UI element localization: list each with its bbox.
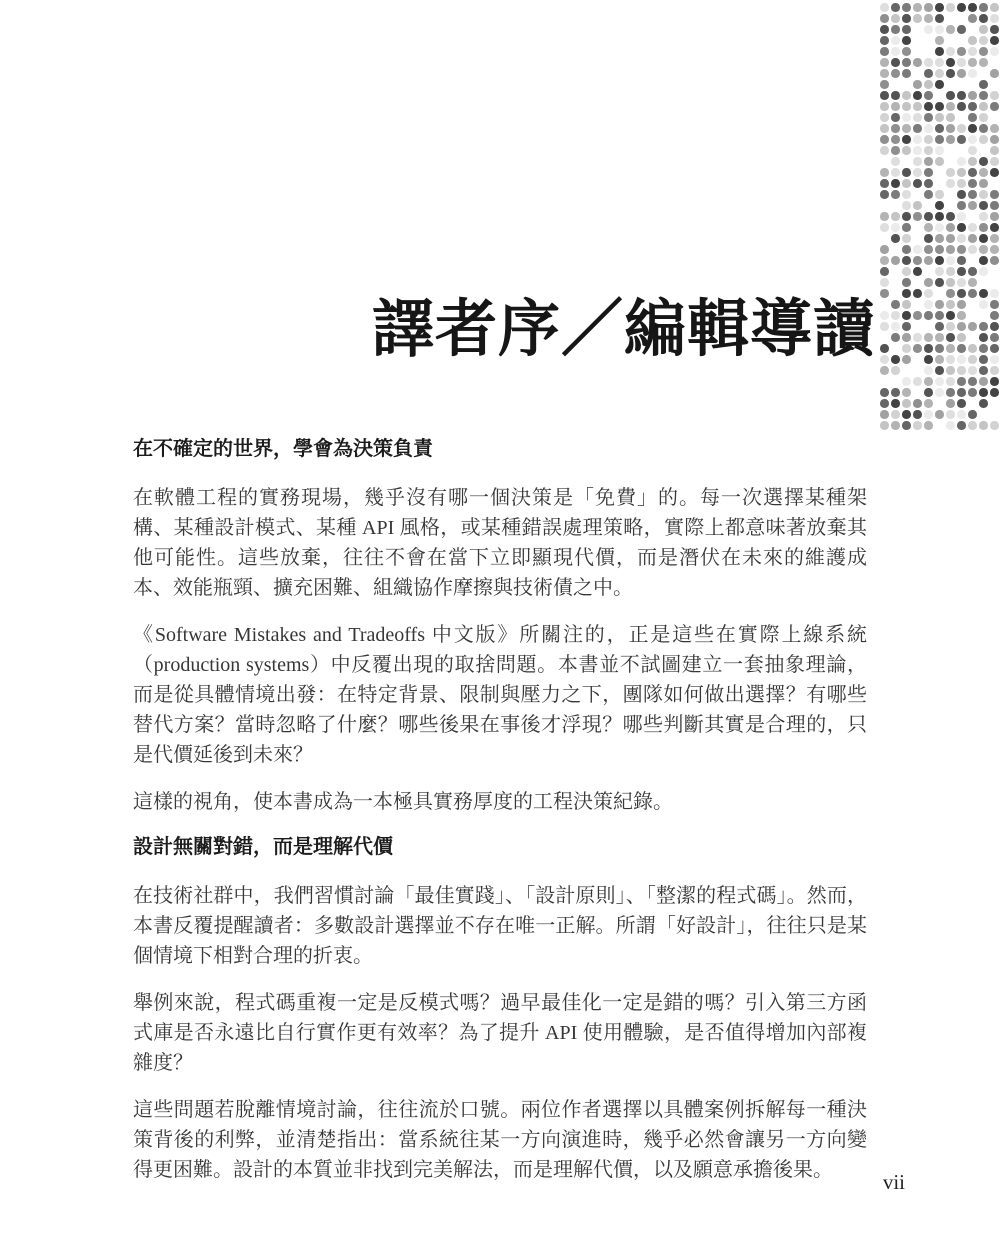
pattern-dot bbox=[968, 234, 977, 243]
pattern-dot bbox=[990, 3, 999, 12]
pattern-dot bbox=[924, 377, 933, 386]
pattern-dot bbox=[957, 366, 966, 375]
pattern-dot bbox=[957, 344, 966, 353]
pattern-dot bbox=[990, 344, 999, 353]
pattern-dot bbox=[880, 36, 889, 45]
pattern-dot bbox=[902, 91, 911, 100]
pattern-dot bbox=[979, 3, 988, 12]
pattern-dot bbox=[990, 190, 999, 199]
pattern-dot bbox=[902, 190, 911, 199]
pattern-dot bbox=[913, 344, 922, 353]
pattern-dot bbox=[924, 355, 933, 364]
pattern-dot bbox=[902, 146, 911, 155]
pattern-dot bbox=[968, 14, 977, 23]
pattern-dot bbox=[946, 212, 955, 221]
pattern-dot bbox=[946, 245, 955, 254]
pattern-dot bbox=[902, 355, 911, 364]
pattern-dot bbox=[968, 410, 977, 419]
pattern-dot bbox=[880, 256, 889, 265]
pattern-dot bbox=[957, 322, 966, 331]
pattern-dot bbox=[924, 289, 933, 298]
pattern-dot bbox=[913, 377, 922, 386]
pattern-dot bbox=[924, 421, 933, 430]
pattern-dot bbox=[902, 223, 911, 232]
pattern-dot bbox=[913, 399, 922, 408]
pattern-dot bbox=[979, 135, 988, 144]
pattern-dot bbox=[935, 388, 944, 397]
pattern-dot bbox=[880, 25, 889, 34]
pattern-dot bbox=[924, 146, 933, 155]
pattern-dot bbox=[957, 278, 966, 287]
pattern-dot bbox=[880, 91, 889, 100]
page-body: 在不確定的世界，學會為決策負責 在軟體工程的實務現場，幾乎沒有哪一個決策是「免費… bbox=[133, 436, 867, 1202]
pattern-dot bbox=[935, 201, 944, 210]
pattern-dot bbox=[924, 344, 933, 353]
pattern-dot bbox=[935, 3, 944, 12]
pattern-dot bbox=[935, 36, 944, 45]
pattern-dot bbox=[935, 212, 944, 221]
pattern-dot bbox=[913, 212, 922, 221]
pattern-dot bbox=[924, 179, 933, 188]
pattern-dot bbox=[968, 179, 977, 188]
pattern-dot bbox=[891, 355, 900, 364]
pattern-dot bbox=[902, 113, 911, 122]
pattern-dot bbox=[924, 245, 933, 254]
pattern-dot bbox=[880, 179, 889, 188]
pattern-dot bbox=[924, 14, 933, 23]
pattern-dot bbox=[990, 256, 999, 265]
pattern-dot bbox=[935, 245, 944, 254]
pattern-dot bbox=[990, 157, 999, 166]
paragraph: 在軟體工程的實務現場，幾乎沒有哪一個決策是「免費」的。每一次選擇某種架構、某種設… bbox=[133, 483, 867, 603]
pattern-dot bbox=[957, 102, 966, 111]
pattern-dot bbox=[902, 311, 911, 320]
pattern-dot bbox=[935, 58, 944, 67]
pattern-dot bbox=[979, 36, 988, 45]
pattern-dot bbox=[902, 3, 911, 12]
pattern-dot bbox=[957, 421, 966, 430]
pattern-dot bbox=[979, 421, 988, 430]
pattern-dot bbox=[979, 91, 988, 100]
pattern-dot bbox=[935, 124, 944, 133]
pattern-dot bbox=[946, 256, 955, 265]
book-page: 譯者序／編輯導讀 在不確定的世界，學會為決策負責 在軟體工程的實務現場，幾乎沒有… bbox=[0, 0, 1000, 1244]
pattern-dot bbox=[957, 212, 966, 221]
pattern-dot bbox=[902, 399, 911, 408]
pattern-dot bbox=[979, 157, 988, 166]
pattern-dot bbox=[891, 91, 900, 100]
pattern-dot bbox=[913, 157, 922, 166]
pattern-dot bbox=[924, 223, 933, 232]
pattern-dot bbox=[913, 289, 922, 298]
pattern-dot bbox=[924, 113, 933, 122]
pattern-dot bbox=[924, 102, 933, 111]
pattern-dot bbox=[979, 377, 988, 386]
pattern-dot bbox=[935, 377, 944, 386]
pattern-dot bbox=[968, 421, 977, 430]
pattern-dot bbox=[924, 212, 933, 221]
pattern-dot bbox=[968, 168, 977, 177]
pattern-dot bbox=[891, 157, 900, 166]
pattern-dot bbox=[913, 168, 922, 177]
pattern-dot bbox=[935, 234, 944, 243]
pattern-dot bbox=[880, 421, 889, 430]
pattern-dot bbox=[902, 102, 911, 111]
pattern-dot bbox=[957, 91, 966, 100]
pattern-dot bbox=[990, 245, 999, 254]
page-title: 譯者序／編輯導讀 bbox=[372, 293, 876, 367]
pattern-dot bbox=[891, 69, 900, 78]
pattern-dot bbox=[968, 223, 977, 232]
paragraph: 《Software Mistakes and Tradeoffs 中文版》所關注… bbox=[133, 620, 867, 770]
pattern-dot bbox=[891, 366, 900, 375]
pattern-dot bbox=[946, 333, 955, 342]
pattern-dot bbox=[979, 212, 988, 221]
pattern-dot bbox=[924, 91, 933, 100]
pattern-dot bbox=[990, 146, 999, 155]
pattern-dot bbox=[935, 366, 944, 375]
pattern-dot bbox=[968, 91, 977, 100]
pattern-dot bbox=[880, 69, 889, 78]
pattern-dot bbox=[946, 399, 955, 408]
pattern-dot bbox=[990, 388, 999, 397]
pattern-dot bbox=[979, 344, 988, 353]
paragraph: 在技術社群中，我們習慣討論「最佳實踐」、「設計原則」、「整潔的程式碼」。然而，本… bbox=[133, 881, 867, 971]
pattern-dot bbox=[957, 25, 966, 34]
pattern-dot bbox=[979, 168, 988, 177]
pattern-dot bbox=[990, 102, 999, 111]
pattern-dot bbox=[880, 245, 889, 254]
pattern-dot bbox=[946, 168, 955, 177]
pattern-dot bbox=[913, 113, 922, 122]
pattern-dot bbox=[935, 322, 944, 331]
pattern-dot bbox=[979, 58, 988, 67]
pattern-dot bbox=[968, 157, 977, 166]
pattern-dot bbox=[935, 113, 944, 122]
pattern-dot bbox=[946, 355, 955, 364]
pattern-dot bbox=[924, 388, 933, 397]
pattern-dot bbox=[913, 102, 922, 111]
pattern-dot bbox=[891, 322, 900, 331]
pattern-dot bbox=[957, 157, 966, 166]
pattern-dot bbox=[979, 124, 988, 133]
pattern-dot bbox=[990, 201, 999, 210]
pattern-dot bbox=[990, 289, 999, 298]
pattern-dot bbox=[957, 223, 966, 232]
pattern-dot bbox=[913, 311, 922, 320]
pattern-dot bbox=[946, 421, 955, 430]
pattern-dot bbox=[891, 102, 900, 111]
pattern-dot bbox=[902, 69, 911, 78]
pattern-dot bbox=[968, 102, 977, 111]
pattern-dot bbox=[902, 234, 911, 243]
pattern-dot bbox=[968, 289, 977, 298]
pattern-dot bbox=[935, 47, 944, 56]
pattern-dot bbox=[902, 25, 911, 34]
pattern-dot bbox=[957, 135, 966, 144]
pattern-dot bbox=[990, 47, 999, 56]
pattern-dot bbox=[891, 311, 900, 320]
pattern-dot bbox=[946, 113, 955, 122]
pattern-dot bbox=[968, 355, 977, 364]
pattern-dot bbox=[979, 234, 988, 243]
pattern-dot bbox=[990, 135, 999, 144]
pattern-dot bbox=[902, 322, 911, 331]
pattern-dot bbox=[924, 256, 933, 265]
pattern-dot bbox=[891, 25, 900, 34]
pattern-dot bbox=[924, 311, 933, 320]
pattern-dot bbox=[968, 47, 977, 56]
pattern-dot bbox=[935, 102, 944, 111]
pattern-dot bbox=[979, 388, 988, 397]
pattern-dot bbox=[935, 344, 944, 353]
pattern-dot bbox=[913, 245, 922, 254]
pattern-dot bbox=[935, 14, 944, 23]
pattern-dot bbox=[957, 267, 966, 276]
pattern-dot bbox=[891, 212, 900, 221]
pattern-dot bbox=[880, 322, 889, 331]
pattern-dot bbox=[946, 47, 955, 56]
pattern-dot bbox=[902, 201, 911, 210]
pattern-dot bbox=[957, 190, 966, 199]
pattern-dot bbox=[990, 91, 999, 100]
pattern-dot bbox=[979, 245, 988, 254]
pattern-dot bbox=[946, 377, 955, 386]
pattern-dot bbox=[990, 355, 999, 364]
pattern-dot bbox=[880, 58, 889, 67]
pattern-dot bbox=[968, 69, 977, 78]
pattern-dot bbox=[935, 410, 944, 419]
pattern-dot bbox=[891, 135, 900, 144]
pattern-dot bbox=[946, 344, 955, 353]
pattern-dot bbox=[924, 168, 933, 177]
pattern-dot bbox=[979, 80, 988, 89]
pattern-dot bbox=[968, 135, 977, 144]
pattern-dot bbox=[880, 3, 889, 12]
pattern-dot bbox=[880, 146, 889, 155]
pattern-dot bbox=[957, 388, 966, 397]
pattern-dot bbox=[891, 113, 900, 122]
pattern-dot bbox=[880, 355, 889, 364]
pattern-dot bbox=[902, 47, 911, 56]
pattern-dot bbox=[979, 47, 988, 56]
pattern-dot bbox=[891, 388, 900, 397]
pattern-dot bbox=[946, 124, 955, 133]
pattern-dot bbox=[924, 366, 933, 375]
pattern-dot bbox=[990, 333, 999, 342]
pattern-dot bbox=[990, 69, 999, 78]
pattern-dot bbox=[924, 333, 933, 342]
pattern-dot bbox=[979, 322, 988, 331]
pattern-dot bbox=[935, 267, 944, 276]
pattern-dot bbox=[902, 14, 911, 23]
pattern-dot bbox=[935, 157, 944, 166]
pattern-dot bbox=[891, 14, 900, 23]
pattern-dot bbox=[968, 245, 977, 254]
pattern-dot bbox=[957, 311, 966, 320]
pattern-dot bbox=[891, 421, 900, 430]
pattern-dot bbox=[957, 234, 966, 243]
pattern-dot bbox=[913, 267, 922, 276]
pattern-dot bbox=[935, 25, 944, 34]
pattern-dot bbox=[968, 267, 977, 276]
pattern-dot bbox=[979, 102, 988, 111]
pattern-dot bbox=[891, 333, 900, 342]
pattern-dot bbox=[968, 3, 977, 12]
pattern-dot bbox=[902, 300, 911, 309]
pattern-dot bbox=[902, 410, 911, 419]
pattern-dot bbox=[990, 311, 999, 320]
pattern-dot bbox=[968, 366, 977, 375]
pattern-dot bbox=[880, 80, 889, 89]
pattern-dot bbox=[957, 168, 966, 177]
pattern-dot bbox=[968, 377, 977, 386]
pattern-dot bbox=[902, 421, 911, 430]
pattern-dot bbox=[935, 146, 944, 155]
pattern-dot bbox=[880, 399, 889, 408]
pattern-dot bbox=[880, 190, 889, 199]
paragraph: 舉例來說，程式碼重複一定是反模式嗎？過早最佳化一定是錯的嗎？引入第三方函式庫是否… bbox=[133, 988, 867, 1078]
section-heading: 在不確定的世界，學會為決策負責 bbox=[133, 436, 867, 462]
pattern-dot bbox=[968, 113, 977, 122]
pattern-dot bbox=[902, 256, 911, 265]
pattern-dot bbox=[880, 113, 889, 122]
pattern-dot bbox=[913, 410, 922, 419]
pattern-dot bbox=[990, 234, 999, 243]
pattern-dot bbox=[979, 113, 988, 122]
pattern-dot bbox=[880, 212, 889, 221]
pattern-dot bbox=[968, 322, 977, 331]
pattern-dot bbox=[902, 388, 911, 397]
pattern-dot bbox=[935, 355, 944, 364]
pattern-dot bbox=[990, 322, 999, 331]
pattern-dot bbox=[957, 201, 966, 210]
pattern-dot bbox=[913, 91, 922, 100]
pattern-dot bbox=[924, 58, 933, 67]
pattern-dot bbox=[957, 245, 966, 254]
pattern-dot bbox=[891, 3, 900, 12]
pattern-dot bbox=[935, 69, 944, 78]
pattern-dot bbox=[880, 267, 889, 276]
pattern-dot bbox=[946, 322, 955, 331]
pattern-dot bbox=[891, 146, 900, 155]
pattern-dot bbox=[935, 80, 944, 89]
pattern-dot bbox=[946, 278, 955, 287]
pattern-dot bbox=[990, 14, 999, 23]
pattern-dot bbox=[913, 256, 922, 265]
pattern-dot bbox=[902, 245, 911, 254]
pattern-dot bbox=[935, 311, 944, 320]
pattern-dot bbox=[902, 36, 911, 45]
pattern-dot bbox=[946, 311, 955, 320]
pattern-dot bbox=[913, 3, 922, 12]
pattern-dot bbox=[957, 47, 966, 56]
pattern-dot bbox=[957, 333, 966, 342]
pattern-dot bbox=[880, 168, 889, 177]
paragraph: 這些問題若脫離情境討論，往往流於口號。兩位作者選擇以具體案例拆解每一種決策背後的… bbox=[133, 1095, 867, 1185]
pattern-dot bbox=[913, 201, 922, 210]
pattern-dot bbox=[902, 289, 911, 298]
section-design-tradeoffs: 設計無關對錯，而是理解代價 在技術社群中，我們習慣討論「最佳實踐」、「設計原則」… bbox=[133, 834, 867, 1185]
section-uncertain-world: 在不確定的世界，學會為決策負責 在軟體工程的實務現場，幾乎沒有哪一個決策是「免費… bbox=[133, 436, 867, 817]
pattern-dot bbox=[946, 179, 955, 188]
pattern-dot bbox=[957, 124, 966, 133]
pattern-dot bbox=[990, 223, 999, 232]
pattern-dot bbox=[880, 278, 889, 287]
pattern-dot bbox=[891, 168, 900, 177]
pattern-dot bbox=[946, 3, 955, 12]
pattern-dot bbox=[946, 91, 955, 100]
pattern-dot bbox=[946, 102, 955, 111]
pattern-dot bbox=[891, 223, 900, 232]
pattern-dot bbox=[902, 179, 911, 188]
pattern-dot bbox=[990, 124, 999, 133]
pattern-dot bbox=[946, 58, 955, 67]
pattern-dot bbox=[957, 300, 966, 309]
pattern-dot bbox=[891, 36, 900, 45]
pattern-dot bbox=[957, 179, 966, 188]
pattern-dot bbox=[990, 212, 999, 221]
pattern-dot bbox=[902, 58, 911, 67]
pattern-dot bbox=[924, 190, 933, 199]
pattern-dot bbox=[957, 3, 966, 12]
pattern-dot bbox=[913, 135, 922, 144]
pattern-dot bbox=[979, 300, 988, 309]
pattern-dot bbox=[913, 14, 922, 23]
pattern-dot bbox=[913, 80, 922, 89]
pattern-dot bbox=[946, 135, 955, 144]
pattern-dot bbox=[902, 168, 911, 177]
pattern-dot bbox=[902, 135, 911, 144]
pattern-dot bbox=[957, 377, 966, 386]
pattern-dot bbox=[968, 344, 977, 353]
pattern-dot bbox=[990, 377, 999, 386]
pattern-dot bbox=[924, 124, 933, 133]
pattern-dot bbox=[891, 124, 900, 133]
pattern-dot bbox=[979, 366, 988, 375]
pattern-dot bbox=[946, 267, 955, 276]
pattern-dot bbox=[957, 256, 966, 265]
halftone-dot-pattern bbox=[879, 2, 1000, 431]
pattern-dot bbox=[902, 278, 911, 287]
pattern-dot bbox=[979, 399, 988, 408]
paragraph: 這樣的視角，使本書成為一本極具實務厚度的工程決策紀錄。 bbox=[133, 787, 867, 817]
pattern-dot bbox=[979, 223, 988, 232]
pattern-dot bbox=[880, 311, 889, 320]
pattern-dot bbox=[935, 333, 944, 342]
pattern-dot bbox=[979, 25, 988, 34]
pattern-dot bbox=[924, 399, 933, 408]
pattern-dot bbox=[880, 135, 889, 144]
pattern-dot bbox=[946, 223, 955, 232]
pattern-dot bbox=[935, 300, 944, 309]
pattern-dot bbox=[968, 36, 977, 45]
pattern-dot bbox=[957, 58, 966, 67]
pattern-dot bbox=[979, 256, 988, 265]
pattern-dot bbox=[913, 179, 922, 188]
pattern-dot bbox=[968, 388, 977, 397]
pattern-dot bbox=[924, 278, 933, 287]
pattern-dot bbox=[990, 36, 999, 45]
pattern-dot bbox=[990, 300, 999, 309]
page-number: vii bbox=[883, 1170, 905, 1195]
pattern-dot bbox=[957, 355, 966, 364]
pattern-dot bbox=[968, 201, 977, 210]
pattern-dot bbox=[990, 168, 999, 177]
pattern-dot bbox=[891, 234, 900, 243]
pattern-dot bbox=[924, 410, 933, 419]
pattern-dot bbox=[924, 69, 933, 78]
